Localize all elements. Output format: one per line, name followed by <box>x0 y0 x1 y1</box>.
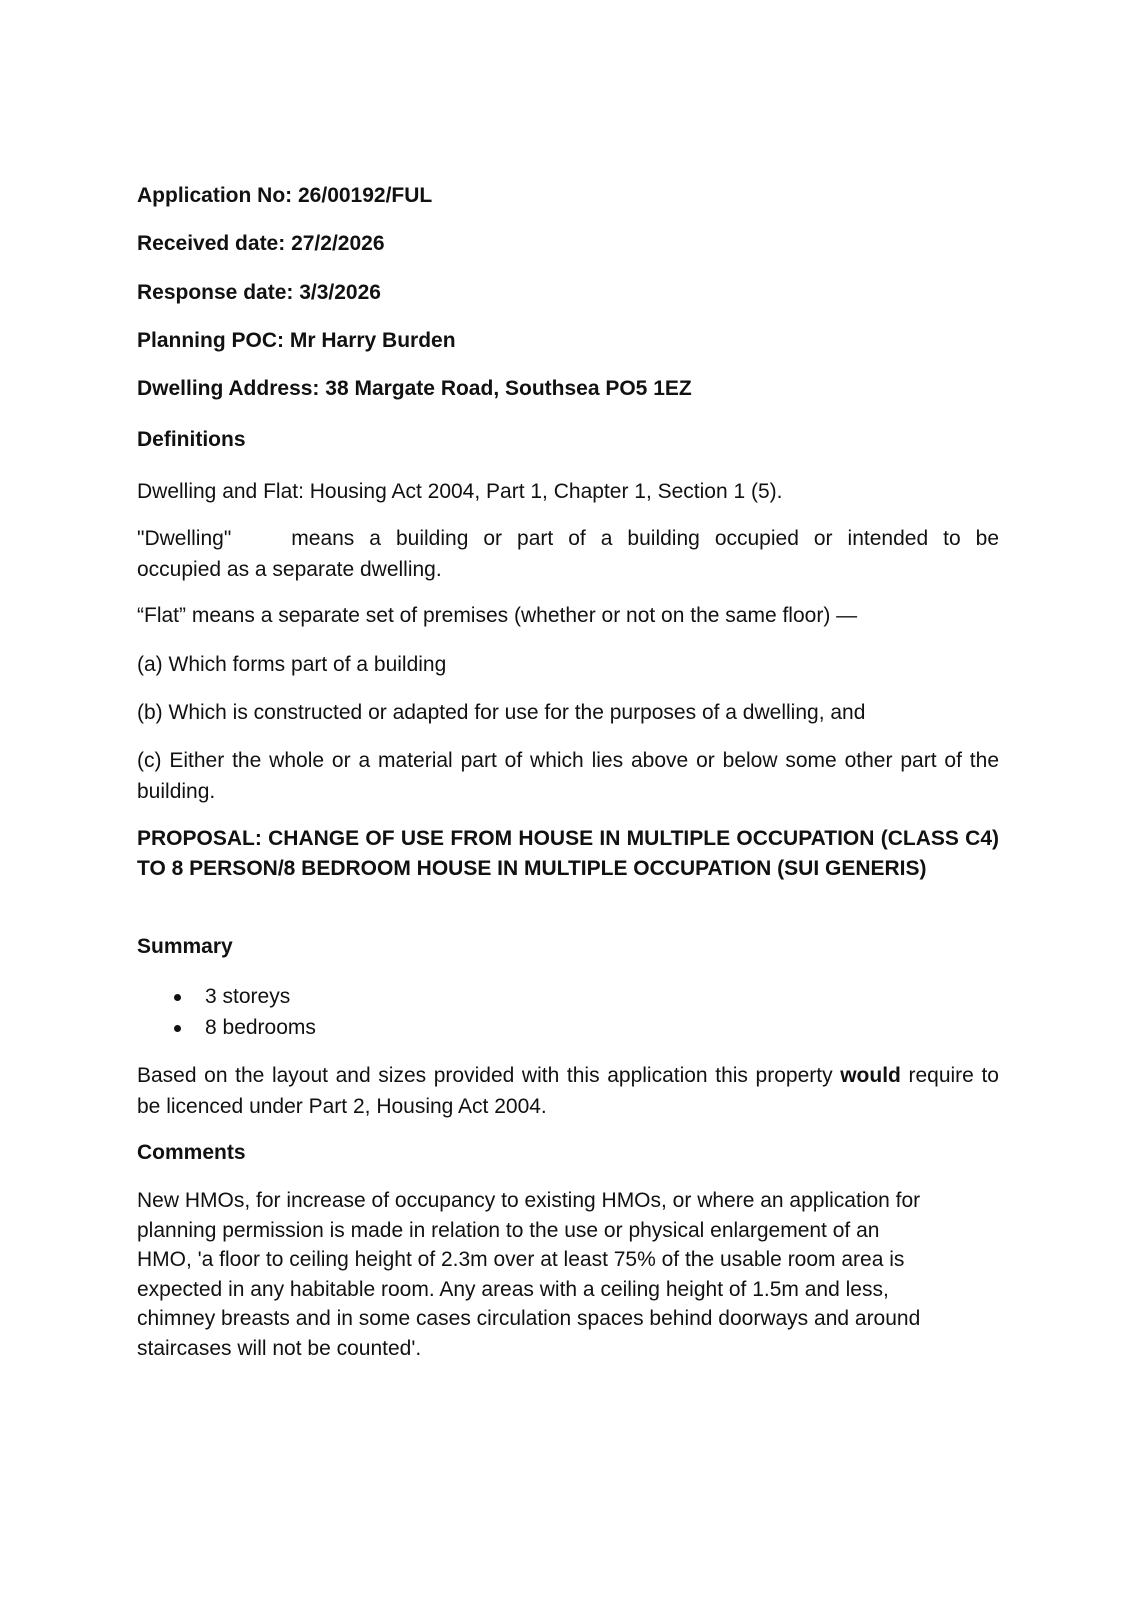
planning-poc: Planning POC: Mr Harry Burden <box>137 326 456 356</box>
comments-line: HMO, 'a floor to ceiling height of 2.3m … <box>137 1245 999 1275</box>
licence-text-emphasis: would <box>840 1064 901 1087</box>
field-value: 3/3/2026 <box>299 281 381 304</box>
dwelling-definition-line2: occupied as a separate dwelling. <box>137 555 999 586</box>
response-date: Response date: 3/3/2026 <box>137 278 381 308</box>
comments-line: staircases will not be counted'. <box>137 1334 999 1364</box>
summary-item-text: 3 storeys <box>205 985 290 1008</box>
field-label: Dwelling Address: <box>137 377 319 400</box>
application-number: Application No: 26/00192/FUL <box>137 181 432 211</box>
flat-definition-intro: “Flat” means a separate set of premises … <box>137 601 857 631</box>
summary-list: 3 storeys 8 bedrooms <box>137 982 316 1043</box>
bullet-icon <box>174 994 181 1001</box>
summary-item-text: 8 bedrooms <box>205 1016 316 1039</box>
flat-clause-c: (c) Either the whole or a material part … <box>137 746 999 807</box>
dwelling-definition-line1: "Dwelling" means a building or part of a… <box>137 524 999 555</box>
flat-clause-b: (b) Which is constructed or adapted for … <box>137 698 865 728</box>
field-label: Application No: <box>137 184 292 207</box>
comments-line: planning permission is made in relation … <box>137 1216 999 1246</box>
licence-text-pre: Based on the layout and sizes provided w… <box>137 1064 840 1087</box>
summary-heading: Summary <box>137 932 233 962</box>
dwelling-definition: "Dwelling" means a building or part of a… <box>137 524 999 585</box>
field-value: 27/2/2026 <box>291 232 384 255</box>
comments-body: New HMOs, for increase of occupancy to e… <box>137 1186 999 1364</box>
received-date: Received date: 27/2/2026 <box>137 229 385 259</box>
comments-line: expected in any habitable room. Any area… <box>137 1275 999 1305</box>
field-label: Response date: <box>137 281 293 304</box>
comments-line: chimney breasts and in some cases circul… <box>137 1304 999 1334</box>
proposal-statement: PROPOSAL: CHANGE OF USE FROM HOUSE IN MU… <box>137 824 999 883</box>
bullet-icon <box>174 1025 181 1032</box>
licence-statement: Based on the layout and sizes provided w… <box>137 1061 999 1122</box>
definitions-heading: Definitions <box>137 425 246 455</box>
document-page: Application No: 26/00192/FUL Received da… <box>0 0 1132 1600</box>
field-value: Mr Harry Burden <box>290 329 456 352</box>
flat-clause-a: (a) Which forms part of a building <box>137 650 446 680</box>
field-label: Received date: <box>137 232 285 255</box>
field-label: Planning POC: <box>137 329 284 352</box>
dwelling-address: Dwelling Address: 38 Margate Road, South… <box>137 374 692 404</box>
summary-item: 3 storeys <box>137 982 316 1013</box>
field-value: 38 Margate Road, Southsea PO5 1EZ <box>325 377 691 400</box>
definitions-source: Dwelling and Flat: Housing Act 2004, Par… <box>137 477 783 507</box>
summary-item: 8 bedrooms <box>137 1013 316 1044</box>
field-value: 26/00192/FUL <box>298 184 432 207</box>
comments-line: New HMOs, for increase of occupancy to e… <box>137 1186 999 1216</box>
comments-heading: Comments <box>137 1138 246 1168</box>
